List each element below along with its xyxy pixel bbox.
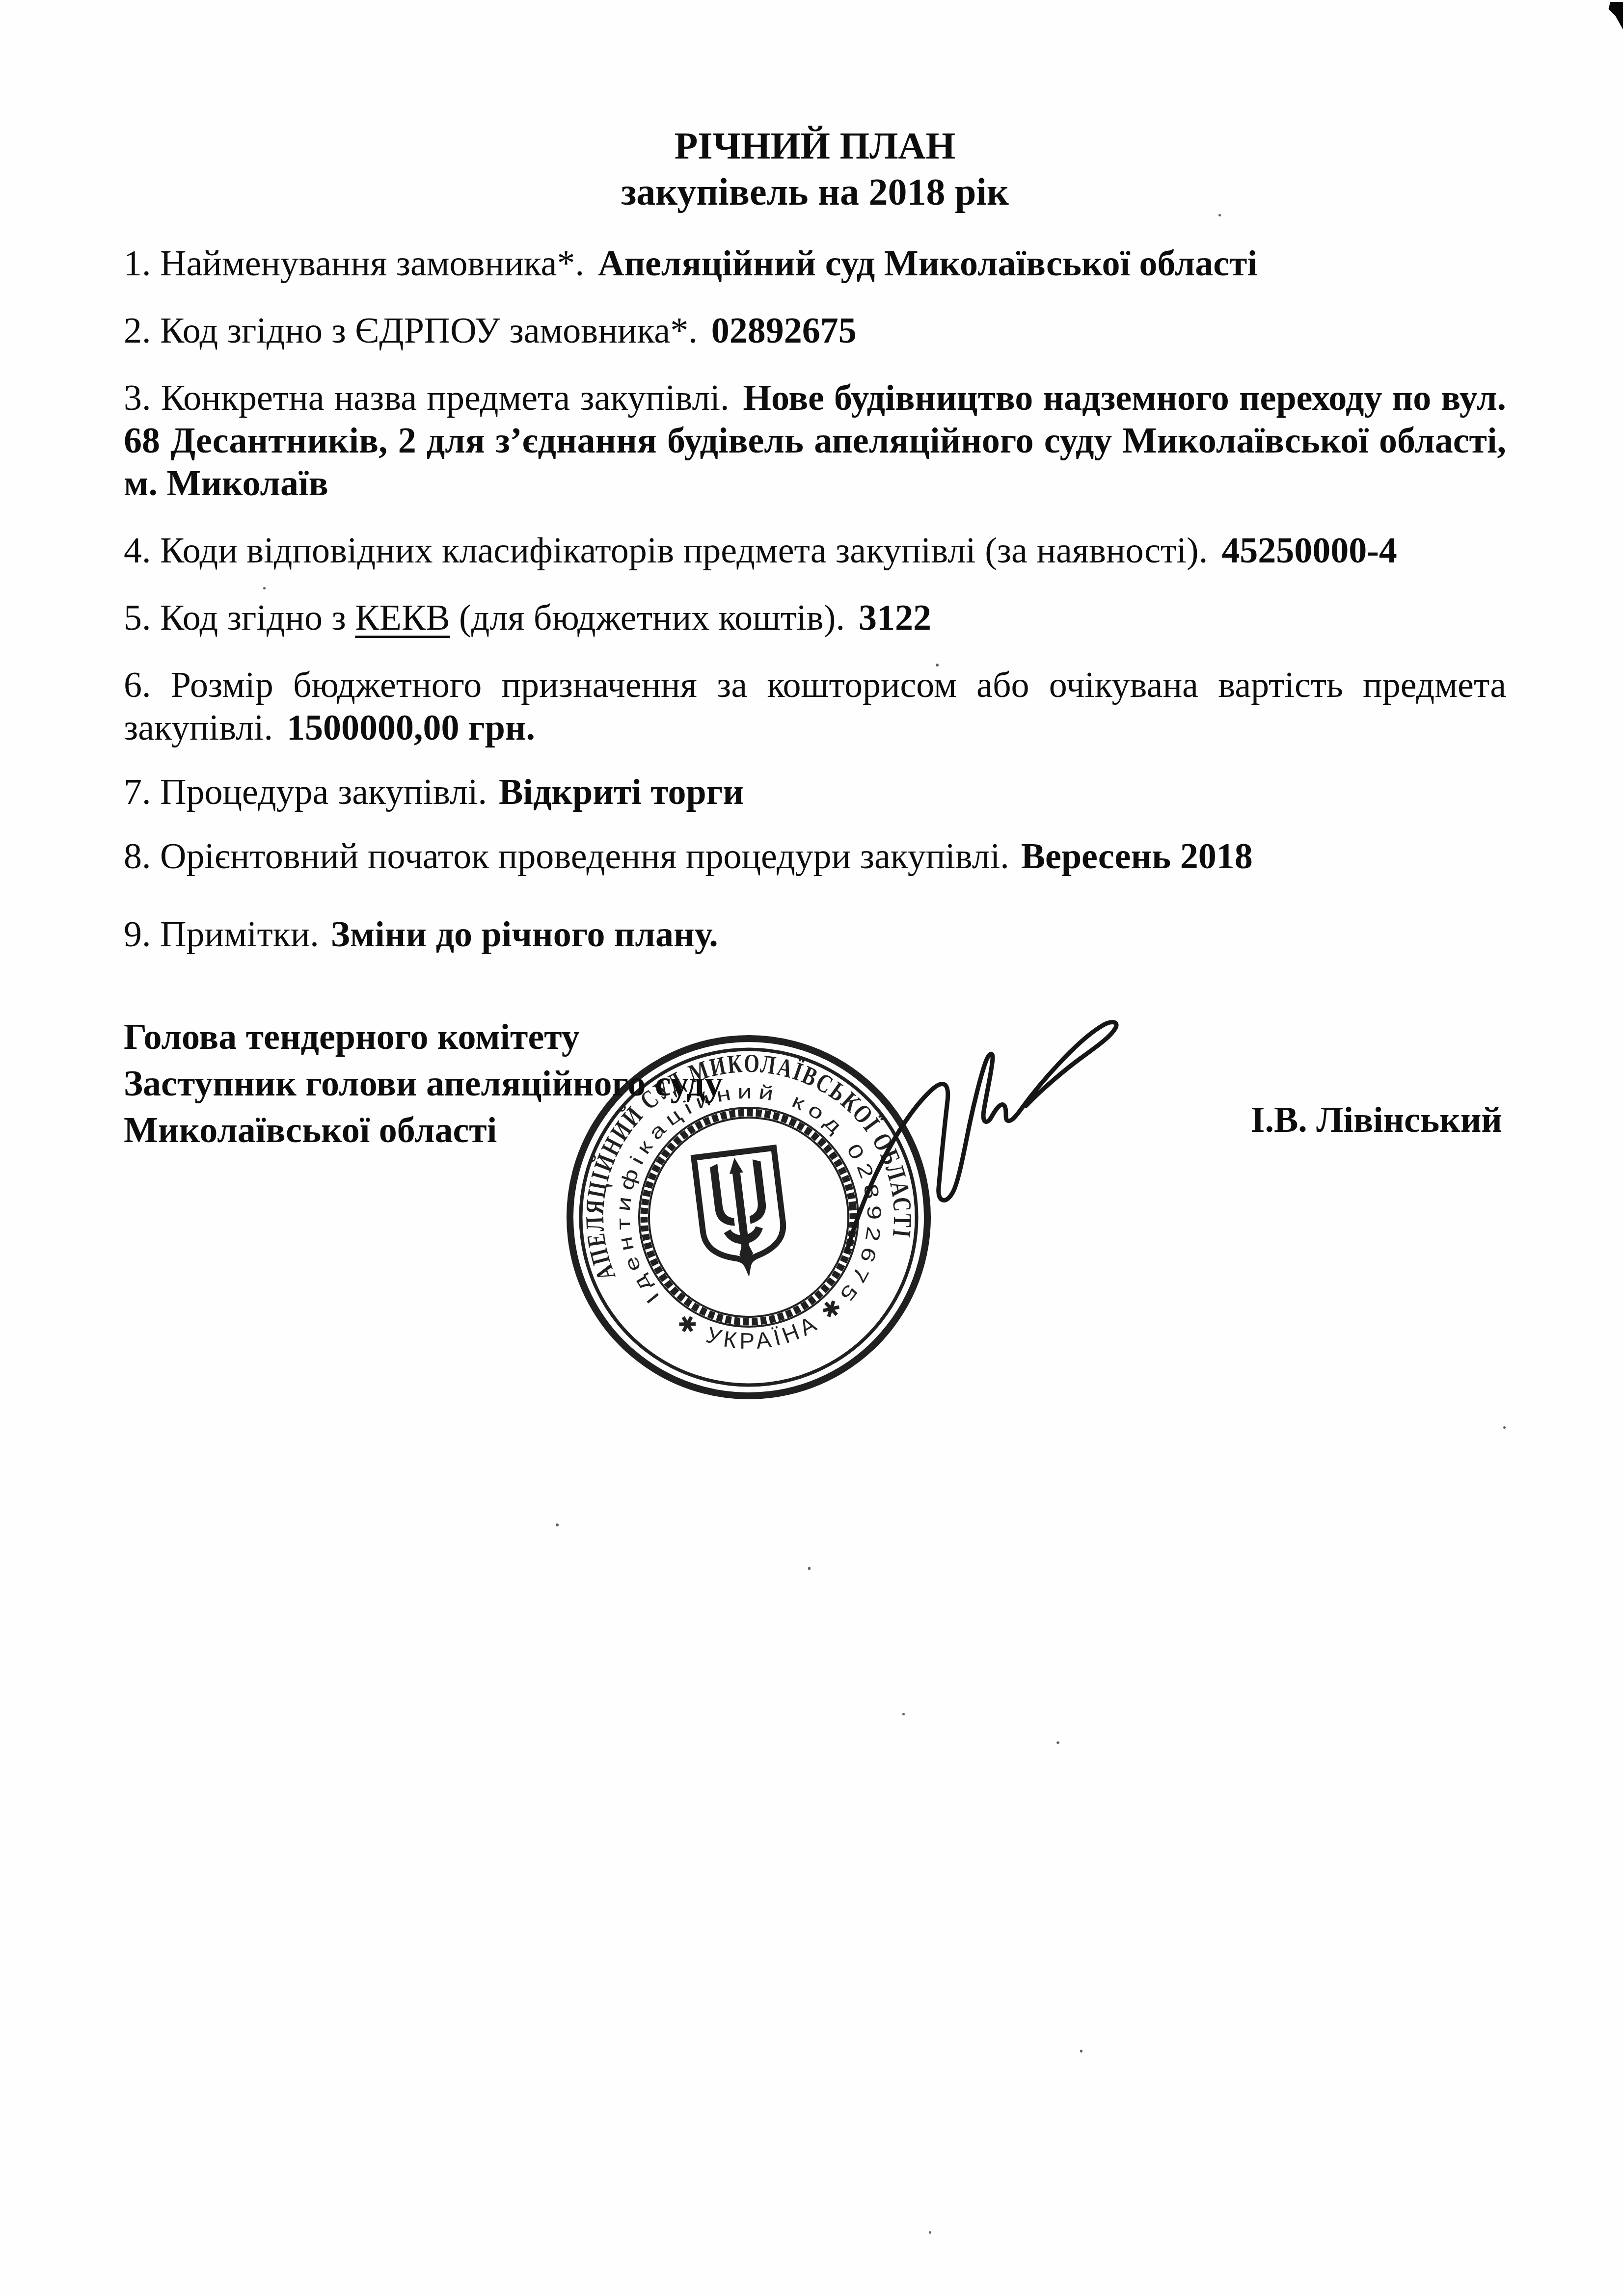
signature-stroke bbox=[847, 1022, 1116, 1252]
item-value: 02892675 bbox=[711, 311, 857, 351]
scan-speck bbox=[936, 664, 939, 667]
item-label: 2. Код згідно з ЄДРПОУ замовника*. bbox=[124, 311, 698, 351]
item-label: 9. Примітки. bbox=[124, 914, 319, 955]
scan-speck bbox=[556, 1523, 559, 1526]
item-label-pre: 5. Код згідно з bbox=[124, 598, 355, 638]
item-value: Зміни до річного плану. bbox=[331, 914, 718, 955]
scan-speck bbox=[1503, 1426, 1506, 1429]
item-label-underlined: КЕКВ bbox=[355, 598, 450, 638]
scan-artifact-corner bbox=[1605, 2, 1623, 29]
item-4-classifier-codes: 4. Коди відповідних класифікаторів предм… bbox=[124, 530, 1506, 572]
item-label: 1. Найменування замовника*. bbox=[124, 243, 584, 284]
title-line-2: закупівель на 2018 рік bbox=[124, 169, 1506, 215]
item-value: 3122 bbox=[859, 598, 931, 638]
item-1-customer-name: 1. Найменування замовника*.Апеляційний с… bbox=[124, 242, 1506, 285]
scan-speck bbox=[902, 1713, 905, 1715]
item-label-post: (для бюджетних коштів). bbox=[450, 598, 845, 638]
item-7-procedure: 7. Процедура закупівлі.Відкриті торги bbox=[124, 771, 1506, 814]
trident-right-prong bbox=[743, 1158, 768, 1224]
item-value: Апеляційний суд Миколаївської області bbox=[598, 243, 1257, 284]
item-label: 7. Процедура закупівлі. bbox=[124, 772, 487, 812]
item-value: Вересень 2018 bbox=[1021, 836, 1253, 877]
item-8-start-date: 8. Орієнтовний початок проведення процед… bbox=[124, 835, 1506, 878]
item-value: 1500000,00 грн. bbox=[287, 708, 535, 748]
scan-speck bbox=[263, 587, 266, 589]
ukraine-trident-emblem bbox=[694, 1148, 787, 1272]
page-title: РІЧНИЙ ПЛАН закупівель на 2018 рік bbox=[124, 123, 1506, 215]
item-value: 45250000-4 bbox=[1221, 531, 1397, 571]
item-label: 8. Орієнтовний початок проведення процед… bbox=[124, 836, 1009, 877]
trident-center-prong bbox=[728, 1157, 749, 1223]
item-3-subject-name: 3. Конкретна назва предмета закупівлі.Но… bbox=[124, 377, 1506, 505]
title-line-1: РІЧНИЙ ПЛАН bbox=[124, 123, 1506, 169]
item-5-kekv-code: 5. Код згідно з КЕКВ (для бюджетних кошт… bbox=[124, 597, 1506, 640]
handwritten-signature bbox=[805, 974, 1159, 1259]
item-label: 3. Конкретна назва предмета закупівлі. bbox=[124, 378, 729, 418]
scan-speck bbox=[808, 1567, 811, 1570]
item-6-budget-amount: 6. Розмір бюджетного призначення за кошт… bbox=[124, 664, 1506, 749]
item-value: Відкриті торги bbox=[499, 772, 744, 812]
item-2-edrpou-code: 2. Код згідно з ЄДРПОУ замовника*.028926… bbox=[124, 310, 1506, 352]
scan-speck bbox=[929, 2231, 931, 2234]
signer-name: І.В. Лівінський bbox=[1251, 1098, 1502, 1142]
scan-speck bbox=[1080, 2050, 1082, 2053]
scan-speck bbox=[1218, 214, 1221, 216]
item-9-notes: 9. Примітки.Зміни до річного плану. bbox=[124, 913, 1506, 956]
scan-speck bbox=[1056, 1741, 1059, 1744]
item-label: 4. Коди відповідних класифікаторів предм… bbox=[124, 531, 1208, 571]
document-page: РІЧНИЙ ПЛАН закупівель на 2018 рік 1. На… bbox=[0, 0, 1623, 2296]
